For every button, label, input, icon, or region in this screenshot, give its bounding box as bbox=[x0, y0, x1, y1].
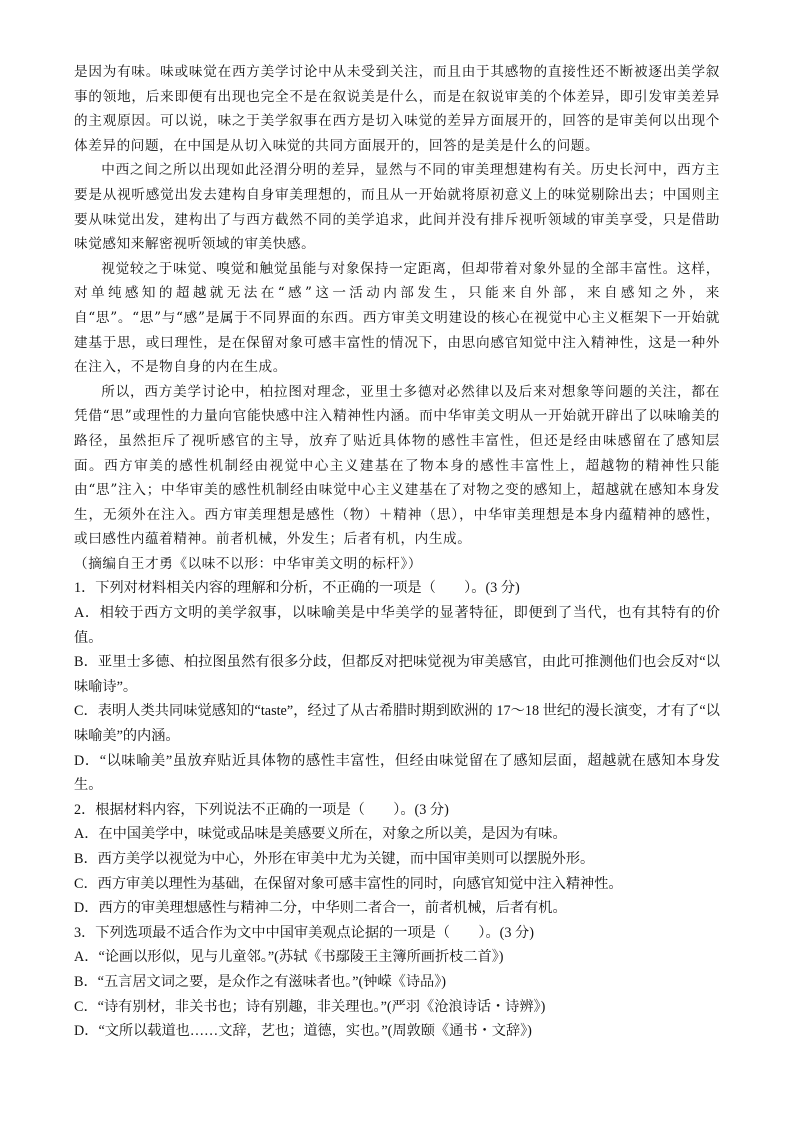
option-a: A．相较于西方文明的美学叙事，以味喻美是中华美学的显著特征，即便到了当代，也有其… bbox=[74, 601, 720, 650]
option-b: B．亚里士多德、柏拉图虽然有很多分歧，但都反对把味觉视为审美感官，由此可推测他们… bbox=[74, 650, 720, 699]
question-text: 根据材料内容，下列说法不正确的一项是（ ）。(3 分) bbox=[95, 802, 449, 818]
option-c: C．“诗有别材，非关书也；诗有别趣，非关理也。”(严羽《沧浪诗话・诗辨》) bbox=[74, 995, 720, 1020]
passage-paragraph-4: 所以，西方美学讨论中，柏拉图对理念，亚里士多德对必然律以及后来对想象等问题的关注… bbox=[74, 380, 720, 552]
question-2: 2．根据材料内容，下列说法不正确的一项是（ ）。(3 分) A．在中国美学中，味… bbox=[74, 798, 720, 921]
option-b: B．西方美学以视觉为中心，外形在审美中尤为关键，而中国审美则可以摆脱外形。 bbox=[74, 847, 720, 872]
option-letter: D． bbox=[74, 1023, 98, 1039]
option-d: D．“以味喻美”虽放弃贴近具体物的感性丰富性，但经由味觉留在了感知层面，超越就在… bbox=[74, 749, 720, 798]
option-letter: C． bbox=[74, 999, 98, 1015]
option-text: 表明人类共同味觉感知的“taste”，经过了从古希腊时期到欧洲的 17～18 世… bbox=[74, 703, 720, 744]
option-text: 西方美学以视觉为中心，外形在审美中尤为关键，而中国审美则可以摆脱外形。 bbox=[98, 851, 595, 867]
option-text: 西方审美以理性为基础，在保留对象可感丰富性的同时，向感官知觉中注入精神性。 bbox=[98, 876, 623, 892]
option-text: 在中国美学中，味觉或品味是美感要义所在，对象之所以美，是因为有味。 bbox=[98, 826, 566, 842]
source-citation: （摘编自王才勇《以味不以形：中华审美文明的标杆》） bbox=[74, 552, 720, 577]
question-number: 1． bbox=[74, 580, 95, 596]
question-number: 2． bbox=[74, 802, 95, 818]
option-a: A．在中国美学中，味觉或品味是美感要义所在，对象之所以美，是因为有味。 bbox=[74, 822, 720, 847]
reading-passage: 是因为有味。味或味觉在西方美学讨论中从未受到关注，而且由于其感物的直接性还不断被… bbox=[74, 60, 720, 576]
option-letter: A． bbox=[74, 605, 100, 621]
option-text: “诗有别材，非关书也；诗有别趣，非关理也。”(严羽《沧浪诗话・诗辨》) bbox=[98, 999, 546, 1015]
question-3: 3．下列选项最不适合作为文中中国审美观点论据的一项是（ ）。(3 分) A．“论… bbox=[74, 921, 720, 1044]
passage-paragraph-1: 是因为有味。味或味觉在西方美学讨论中从未受到关注，而且由于其感物的直接性还不断被… bbox=[74, 60, 720, 158]
option-letter: A． bbox=[74, 949, 98, 965]
option-c: C．表明人类共同味觉感知的“taste”，经过了从古希腊时期到欧洲的 17～18… bbox=[74, 699, 720, 748]
option-letter: B． bbox=[74, 654, 98, 670]
option-text: 相较于西方文明的美学叙事，以味喻美是中华美学的显著特征，即便到了当代，也有其特有… bbox=[74, 605, 720, 646]
question-text: 下列对材料相关内容的理解和分析，不正确的一项是（ ）。(3 分) bbox=[95, 580, 519, 596]
question-stem: 2．根据材料内容，下列说法不正确的一项是（ ）。(3 分) bbox=[74, 798, 720, 823]
option-b: B．“五言居文词之要，是众作之有滋味者也。”(钟嵘《诗品》) bbox=[74, 970, 720, 995]
option-d: D．西方的审美理想感性与精神二分，中华则二者合一，前者机械，后者有机。 bbox=[74, 896, 720, 921]
question-stem: 1．下列对材料相关内容的理解和分析，不正确的一项是（ ）。(3 分) bbox=[74, 576, 720, 601]
option-text: “论画以形似，见与儿童邻。”(苏轼《书鄢陵王主簿所画折枝二首》) bbox=[98, 949, 503, 965]
question-stem: 3．下列选项最不适合作为文中中国审美观点论据的一项是（ ）。(3 分) bbox=[74, 921, 720, 946]
option-text: “文所以载道也……文辞，艺也；道德，实也。”(周敦颐《通书・文辞》) bbox=[98, 1023, 531, 1039]
question-number: 3． bbox=[74, 925, 95, 941]
option-letter: D． bbox=[74, 900, 98, 916]
option-letter: D． bbox=[74, 753, 100, 769]
option-a: A．“论画以形似，见与儿童邻。”(苏轼《书鄢陵王主簿所画折枝二首》) bbox=[74, 945, 720, 970]
question-1: 1．下列对材料相关内容的理解和分析，不正确的一项是（ ）。(3 分) A．相较于… bbox=[74, 576, 720, 797]
option-letter: A． bbox=[74, 826, 98, 842]
option-d: D．“文所以载道也……文辞，艺也；道德，实也。”(周敦颐《通书・文辞》) bbox=[74, 1019, 720, 1044]
option-text: 亚里士多德、柏拉图虽然有很多分歧，但都反对把味觉视为审美感官，由此可推测他们也会… bbox=[74, 654, 720, 695]
option-text: “以味喻美”虽放弃贴近具体物的感性丰富性，但经由味觉留在了感知层面，超越就在感知… bbox=[74, 753, 720, 794]
option-letter: B． bbox=[74, 851, 98, 867]
question-text: 下列选项最不适合作为文中中国审美观点论据的一项是（ ）。(3 分) bbox=[95, 925, 534, 941]
passage-paragraph-2: 中西之间之所以出现如此泾渭分明的差异，显然与不同的审美理想建构有关。历史长河中，… bbox=[74, 158, 720, 256]
exam-page: 是因为有味。味或味觉在西方美学讨论中从未受到关注，而且由于其感物的直接性还不断被… bbox=[74, 60, 720, 1044]
passage-paragraph-3: 视觉较之于味觉、嗅觉和触觉虽能与对象保持一定距离，但却带着对象外显的全部丰富性。… bbox=[74, 257, 720, 380]
option-letter: C． bbox=[74, 703, 98, 719]
option-text: 西方的审美理想感性与精神二分，中华则二者合一，前者机械，后者有机。 bbox=[98, 900, 566, 916]
option-c: C．西方审美以理性为基础，在保留对象可感丰富性的同时，向感官知觉中注入精神性。 bbox=[74, 872, 720, 897]
option-letter: C． bbox=[74, 876, 98, 892]
option-text: “五言居文词之要，是众作之有滋味者也。”(钟嵘《诗品》) bbox=[98, 974, 446, 990]
option-letter: B． bbox=[74, 974, 98, 990]
